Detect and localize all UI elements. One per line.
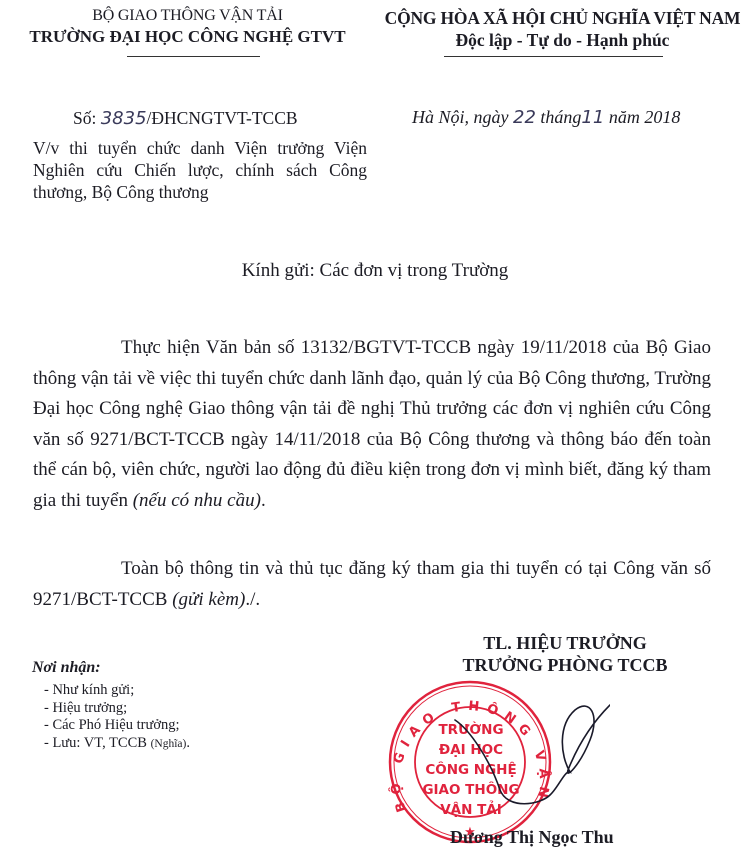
year-label: năm 2018 — [604, 107, 680, 127]
recipients-list: - Như kính gửi; - Hiệu trưởng; - Các Phó… — [44, 682, 190, 753]
recipient-item-end: . — [186, 735, 190, 751]
recipient-item-text: - Lưu: VT, TCCB — [44, 735, 151, 751]
recipient-item: - Các Phó Hiệu trưởng; — [44, 717, 190, 735]
national-motto: Độc lập - Tự do - Hạnh phúc — [375, 30, 750, 51]
document-number-suffix: /ĐHCNGTVT-TCCB — [147, 108, 298, 128]
signature-title-2: TRƯỞNG PHÒNG TCCB — [400, 655, 750, 676]
month-label: tháng — [536, 107, 582, 127]
document-number-prefix: Số: — [73, 108, 101, 128]
org-name: TRƯỜNG ĐẠI HỌC CÔNG NGHỆ GTVT — [0, 27, 375, 47]
body-paragraph-1: Thực hiện Văn bản số 13132/BGTVT-TCCB ng… — [33, 333, 711, 516]
recipient-item: - Hiệu trưởng; — [44, 700, 190, 718]
recipient-item-note: (Nghĩa) — [151, 738, 187, 750]
body-paragraph-2: Toàn bộ thông tin và thủ tục đăng ký tha… — [33, 554, 711, 615]
paragraph-1-end: . — [261, 490, 266, 511]
org-parent-name: BỘ GIAO THÔNG VẬN TẢI — [0, 7, 375, 25]
signature-title-1: TL. HIỆU TRƯỞNG — [400, 633, 750, 654]
document-number: Số: 3835/ĐHCNGTVT-TCCB — [73, 108, 298, 129]
document-subject: V/v thi tuyển chức danh Viện trưởng Viện… — [33, 137, 367, 203]
recipient-item: - Như kính gửi; — [44, 682, 190, 700]
recipient-item: - Lưu: VT, TCCB (Nghĩa). — [44, 735, 190, 754]
paragraph-2-italic: (gửi kèm) — [172, 589, 245, 610]
paragraph-2-end: ./. — [245, 589, 260, 610]
salutation: Kính gửi: Các đơn vị trong Trường — [0, 260, 750, 282]
date-day: 22 — [513, 107, 536, 128]
header-left-divider — [127, 56, 260, 57]
date-month: 11 — [581, 107, 604, 128]
signer-name: Dương Thị Ngọc Thu — [450, 827, 614, 848]
paragraph-2-text: Toàn bộ thông tin và thủ tục đăng ký tha… — [33, 558, 711, 610]
document-number-handwritten: 3835 — [101, 108, 147, 129]
recipients-title: Nơi nhận: — [32, 659, 101, 677]
place-label: Hà Nội, ngày — [412, 107, 513, 127]
place-date: Hà Nội, ngày 22 tháng11 năm 2018 — [412, 107, 680, 128]
handwritten-signature-icon — [440, 700, 610, 810]
paragraph-1-italic: (nếu có nhu cầu) — [133, 490, 261, 511]
header-right-divider — [444, 56, 663, 57]
national-title: CỘNG HÒA XÃ HỘI CHỦ NGHĨA VIỆT NAM — [375, 8, 750, 29]
paragraph-1-text: Thực hiện Văn bản số 13132/BGTVT-TCCB ng… — [33, 337, 711, 511]
